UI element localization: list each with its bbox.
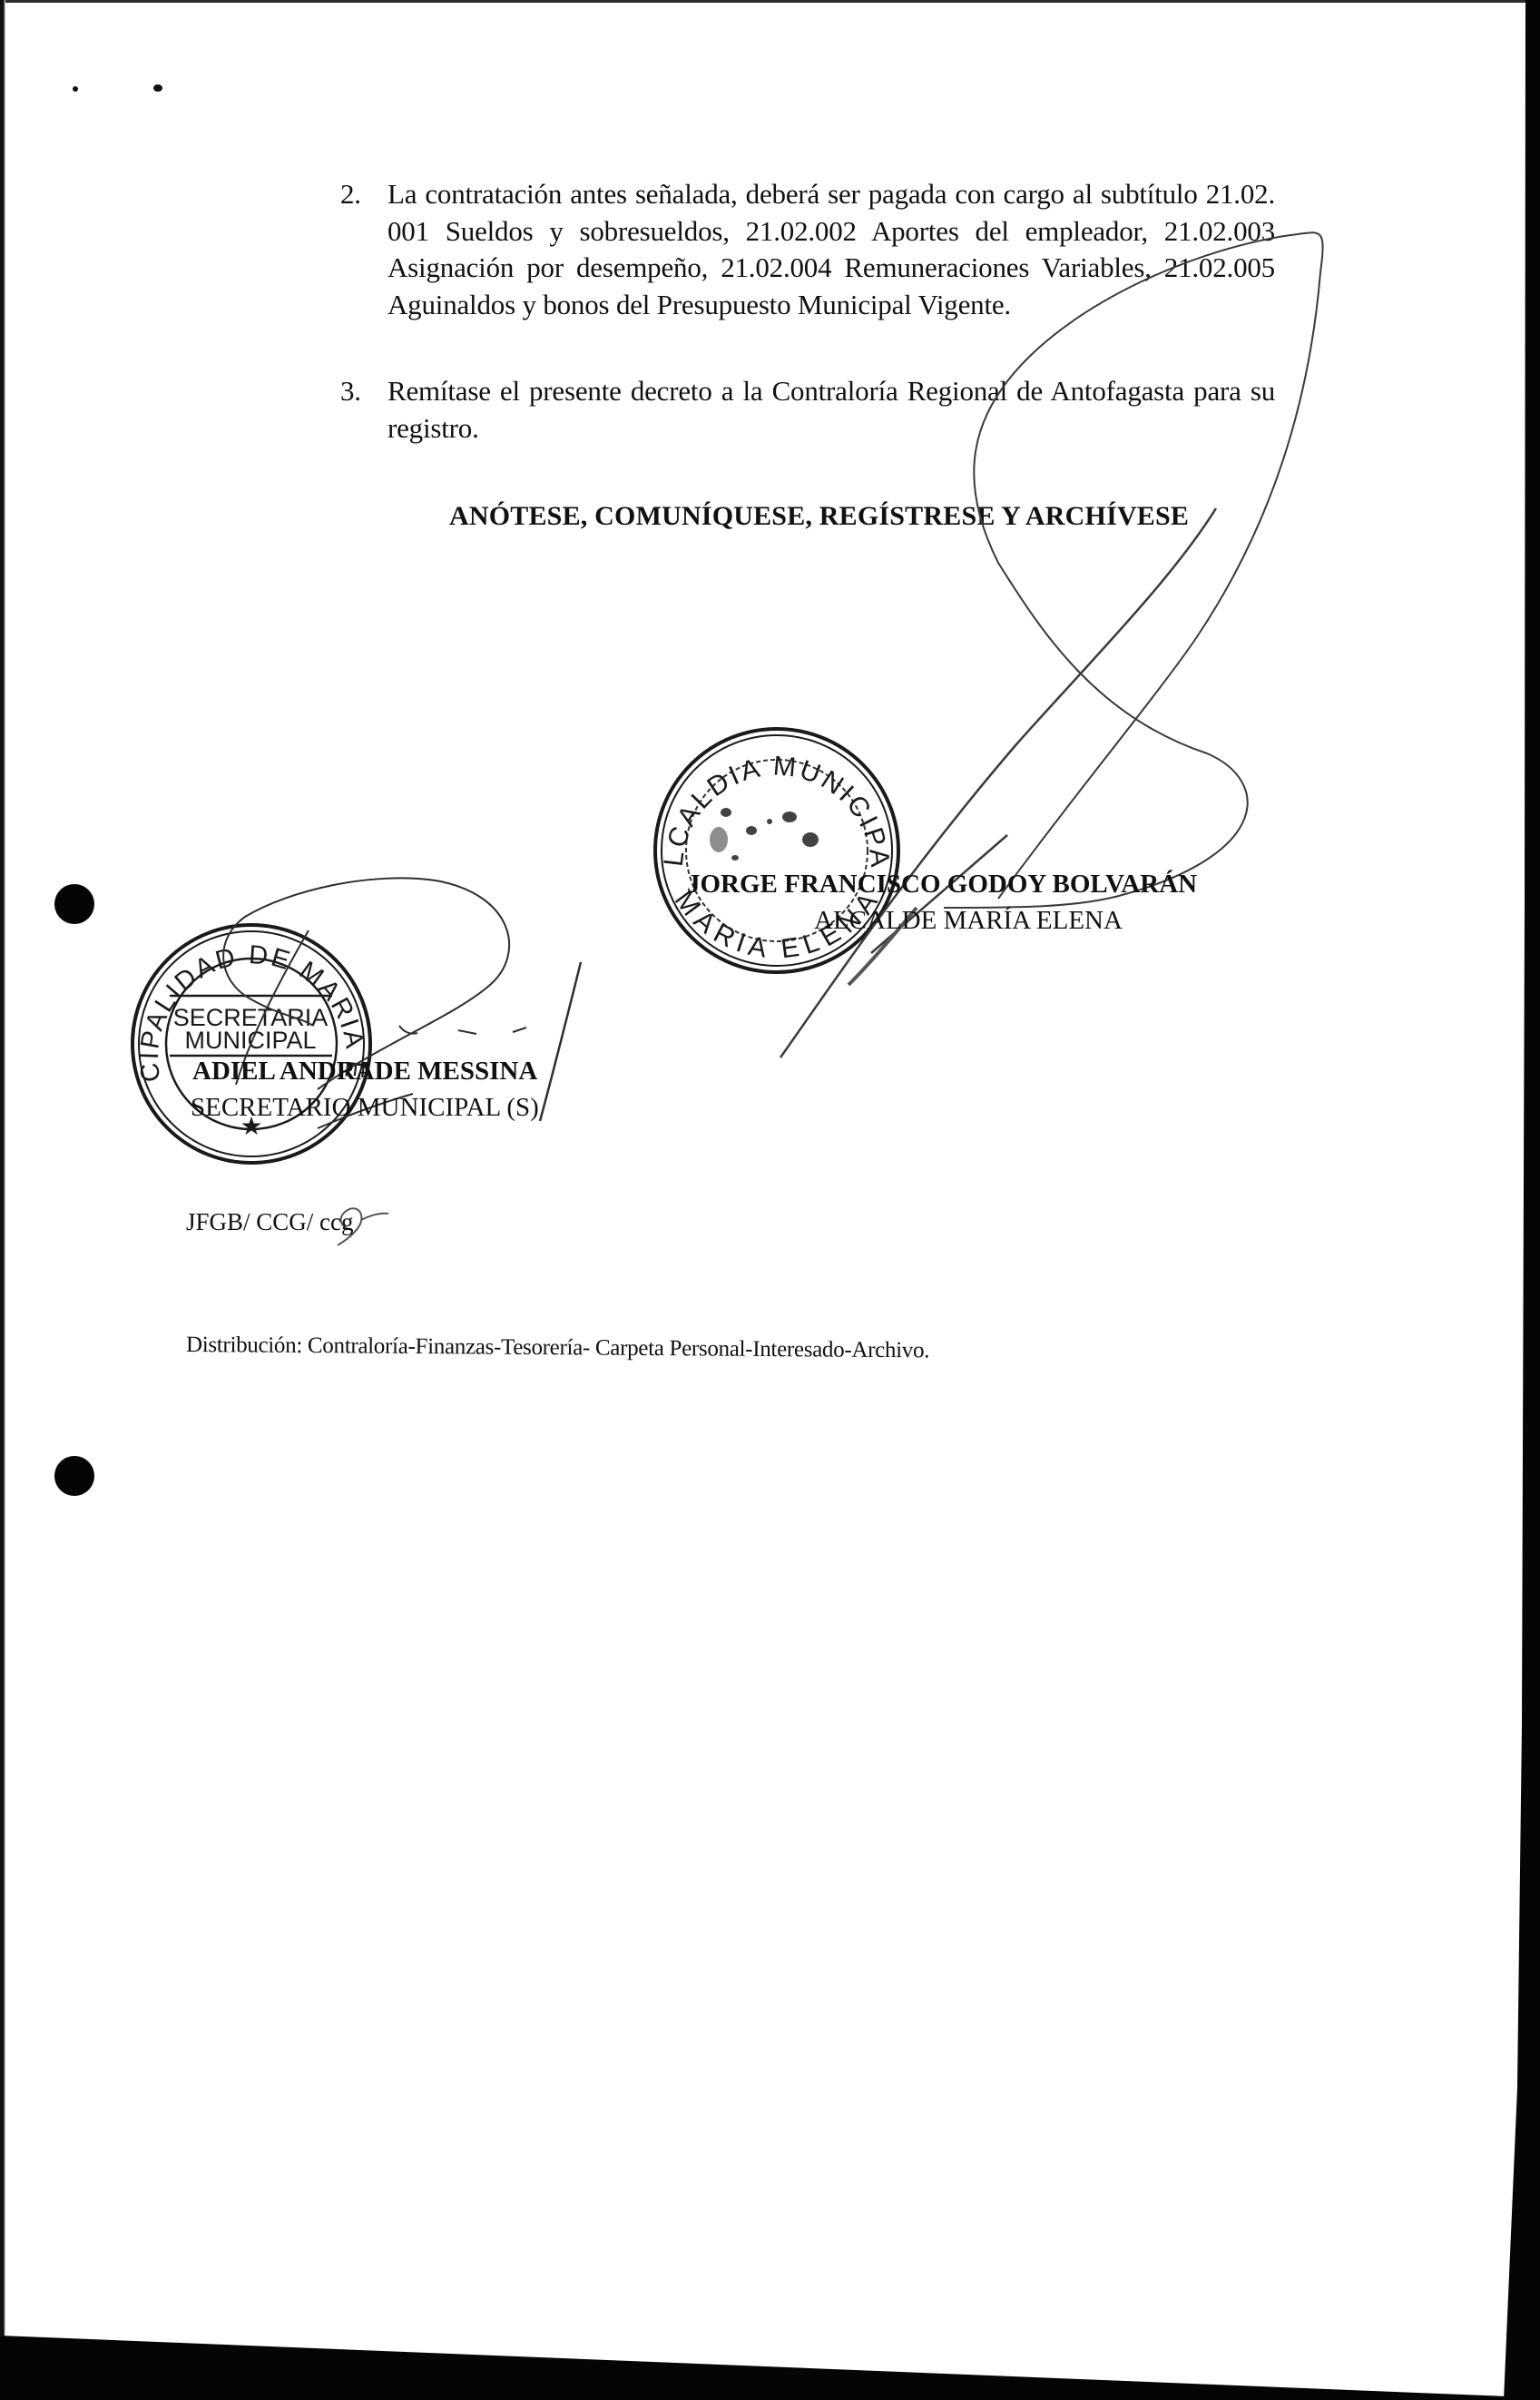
scan-edge-bottom	[0, 2336, 1540, 2400]
scan-edge-right	[1504, 0, 1540, 2400]
scanned-document-page: 2. La contratación antes señalada, deber…	[0, 0, 1540, 2400]
drafting-initials: JFGB/ CCG/ ccg	[186, 1208, 354, 1236]
svg-text:MUNICIPALIDAD DE MARIA ELENA: MUNICIPALIDAD DE MARIA ELENA	[0, 0, 369, 1084]
svg-text:SECRETARIA: SECRETARIA	[173, 1004, 329, 1031]
resolution-item-2: 2. La contratación antes señalada, deber…	[340, 176, 1275, 323]
scan-edge-left	[0, 0, 5, 2400]
closing-formula: ANÓTESE, COMUNÍQUESE, REGÍSTRESE Y ARCHÍ…	[449, 501, 1189, 532]
distribution-list: Distribución: Contraloría-Finanzas-Tesor…	[186, 1333, 929, 1363]
secretary-signature	[223, 878, 581, 1128]
scan-edge-top	[0, 0, 1540, 3]
scan-speck	[153, 84, 162, 92]
mayor-seal: ALCALDIA MUNICIPAL MARIA ELENA	[0, 0, 898, 972]
seals-and-signatures: ALCALDIA MUNICIPAL MARIA ELENA	[0, 0, 1540, 2400]
item-text: Remítase el presente decreto a la Contra…	[387, 373, 1275, 447]
secretary-name: ADIEL ANDRADE MESSINA	[192, 1057, 537, 1087]
punch-hole-bottom	[54, 1456, 94, 1496]
scan-speck	[73, 86, 78, 92]
secretary-title: SECRETARIO MUNICIPAL (S)	[191, 1093, 539, 1123]
item-text: La contratación antes señalada, deberá s…	[387, 176, 1275, 323]
item-number: 2.	[340, 176, 386, 213]
svg-text:MUNICIPAL: MUNICIPAL	[184, 1027, 316, 1054]
item-number: 3.	[340, 373, 386, 410]
punch-hole-top	[54, 884, 94, 924]
secretary-seal: MUNICIPALIDAD DE MARIA ELENA SECRETARIA …	[0, 0, 370, 1163]
mayor-title: ALCALDE MARÍA ELENA	[814, 906, 1123, 936]
resolution-item-3: 3. Remítase el presente decreto a la Con…	[340, 373, 1275, 447]
mayor-name: JORGE FRANCISCO GODOY BOLVARÁN	[687, 870, 1197, 900]
